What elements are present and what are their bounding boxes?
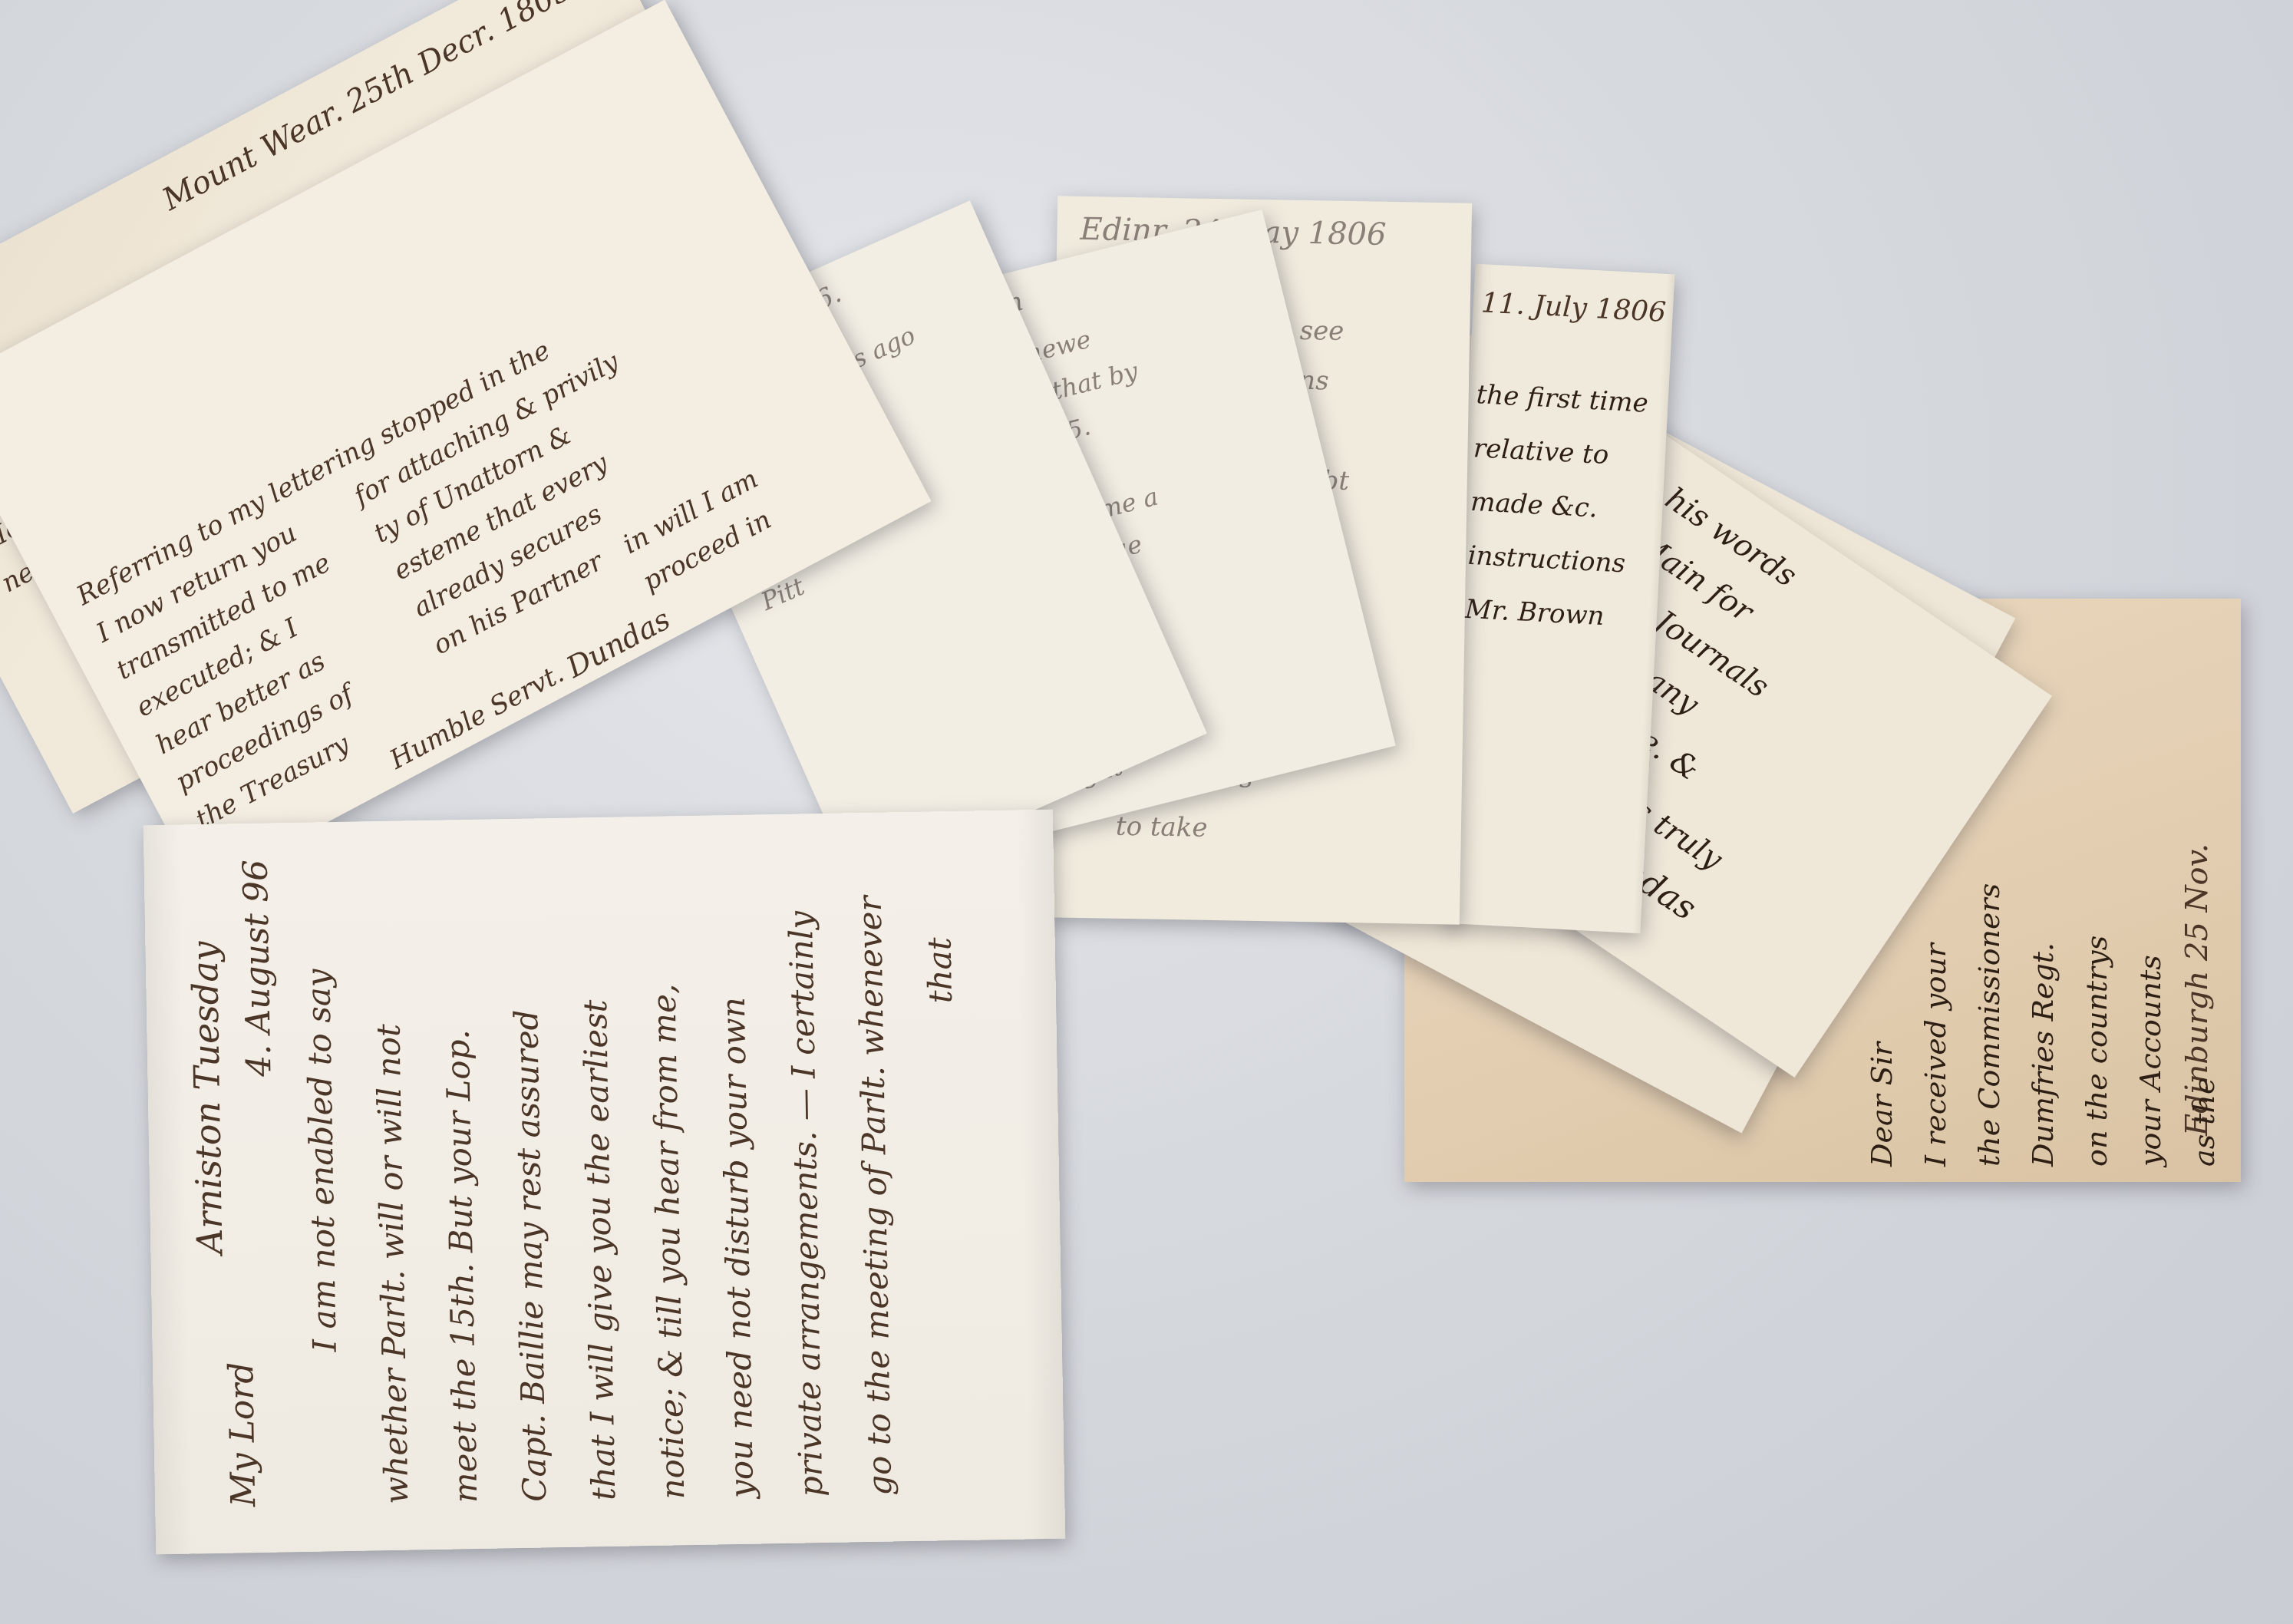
letter-arniston-4-august-96: My Lord Arniston Tuesday 4. August 96 I … [144,810,1065,1555]
letter-line: relative to [1473,433,1609,470]
letter-line: I am not enabled to say [299,969,344,1352]
letter-line: notice; & till you hear from me, [645,983,692,1499]
letter-line: meet the 15th. But your Lop. [439,1029,485,1504]
letter-line: you need not disturb your own [714,997,760,1499]
letter-line: made &c. [1470,487,1598,524]
letter-line: as the [2187,1078,2221,1167]
letter-line: to take [1116,811,1208,843]
letter-line: Dear Sir [1865,1042,1899,1167]
letter-line: instructions [1467,540,1626,579]
letter-place-day: Arniston Tuesday [183,941,230,1254]
letter-11-july-1806: 11. July 1806 the first time relative to… [1441,264,1675,933]
letter-line: go to the meeting of Parlt. whenever [851,896,899,1496]
letter-line: on the countrys [2080,936,2113,1167]
letter-line: the Commissioners [1972,883,2006,1167]
letter-line: private arrangements. — I certainly [782,911,830,1497]
letter-heading: 11. July 1806 [1480,287,1667,328]
letter-line: whether Parlt. will or will not [369,1024,415,1504]
letter-line: your Accounts [2133,955,2167,1167]
letter-line: that [921,937,959,1004]
letter-line: I received your [1919,943,1952,1167]
letter-line: that I will give you the earliest [576,999,622,1500]
letter-line: Dumfries Regt. [2026,942,2060,1167]
letter-line: Capt. Baillie may rest assured [507,1009,553,1502]
letter-date: 4. August 96 [236,860,279,1078]
letter-salutation: My Lord [222,1362,263,1507]
letter-line: the first time [1476,379,1649,419]
letter-line: Mr. Brown [1464,594,1605,632]
